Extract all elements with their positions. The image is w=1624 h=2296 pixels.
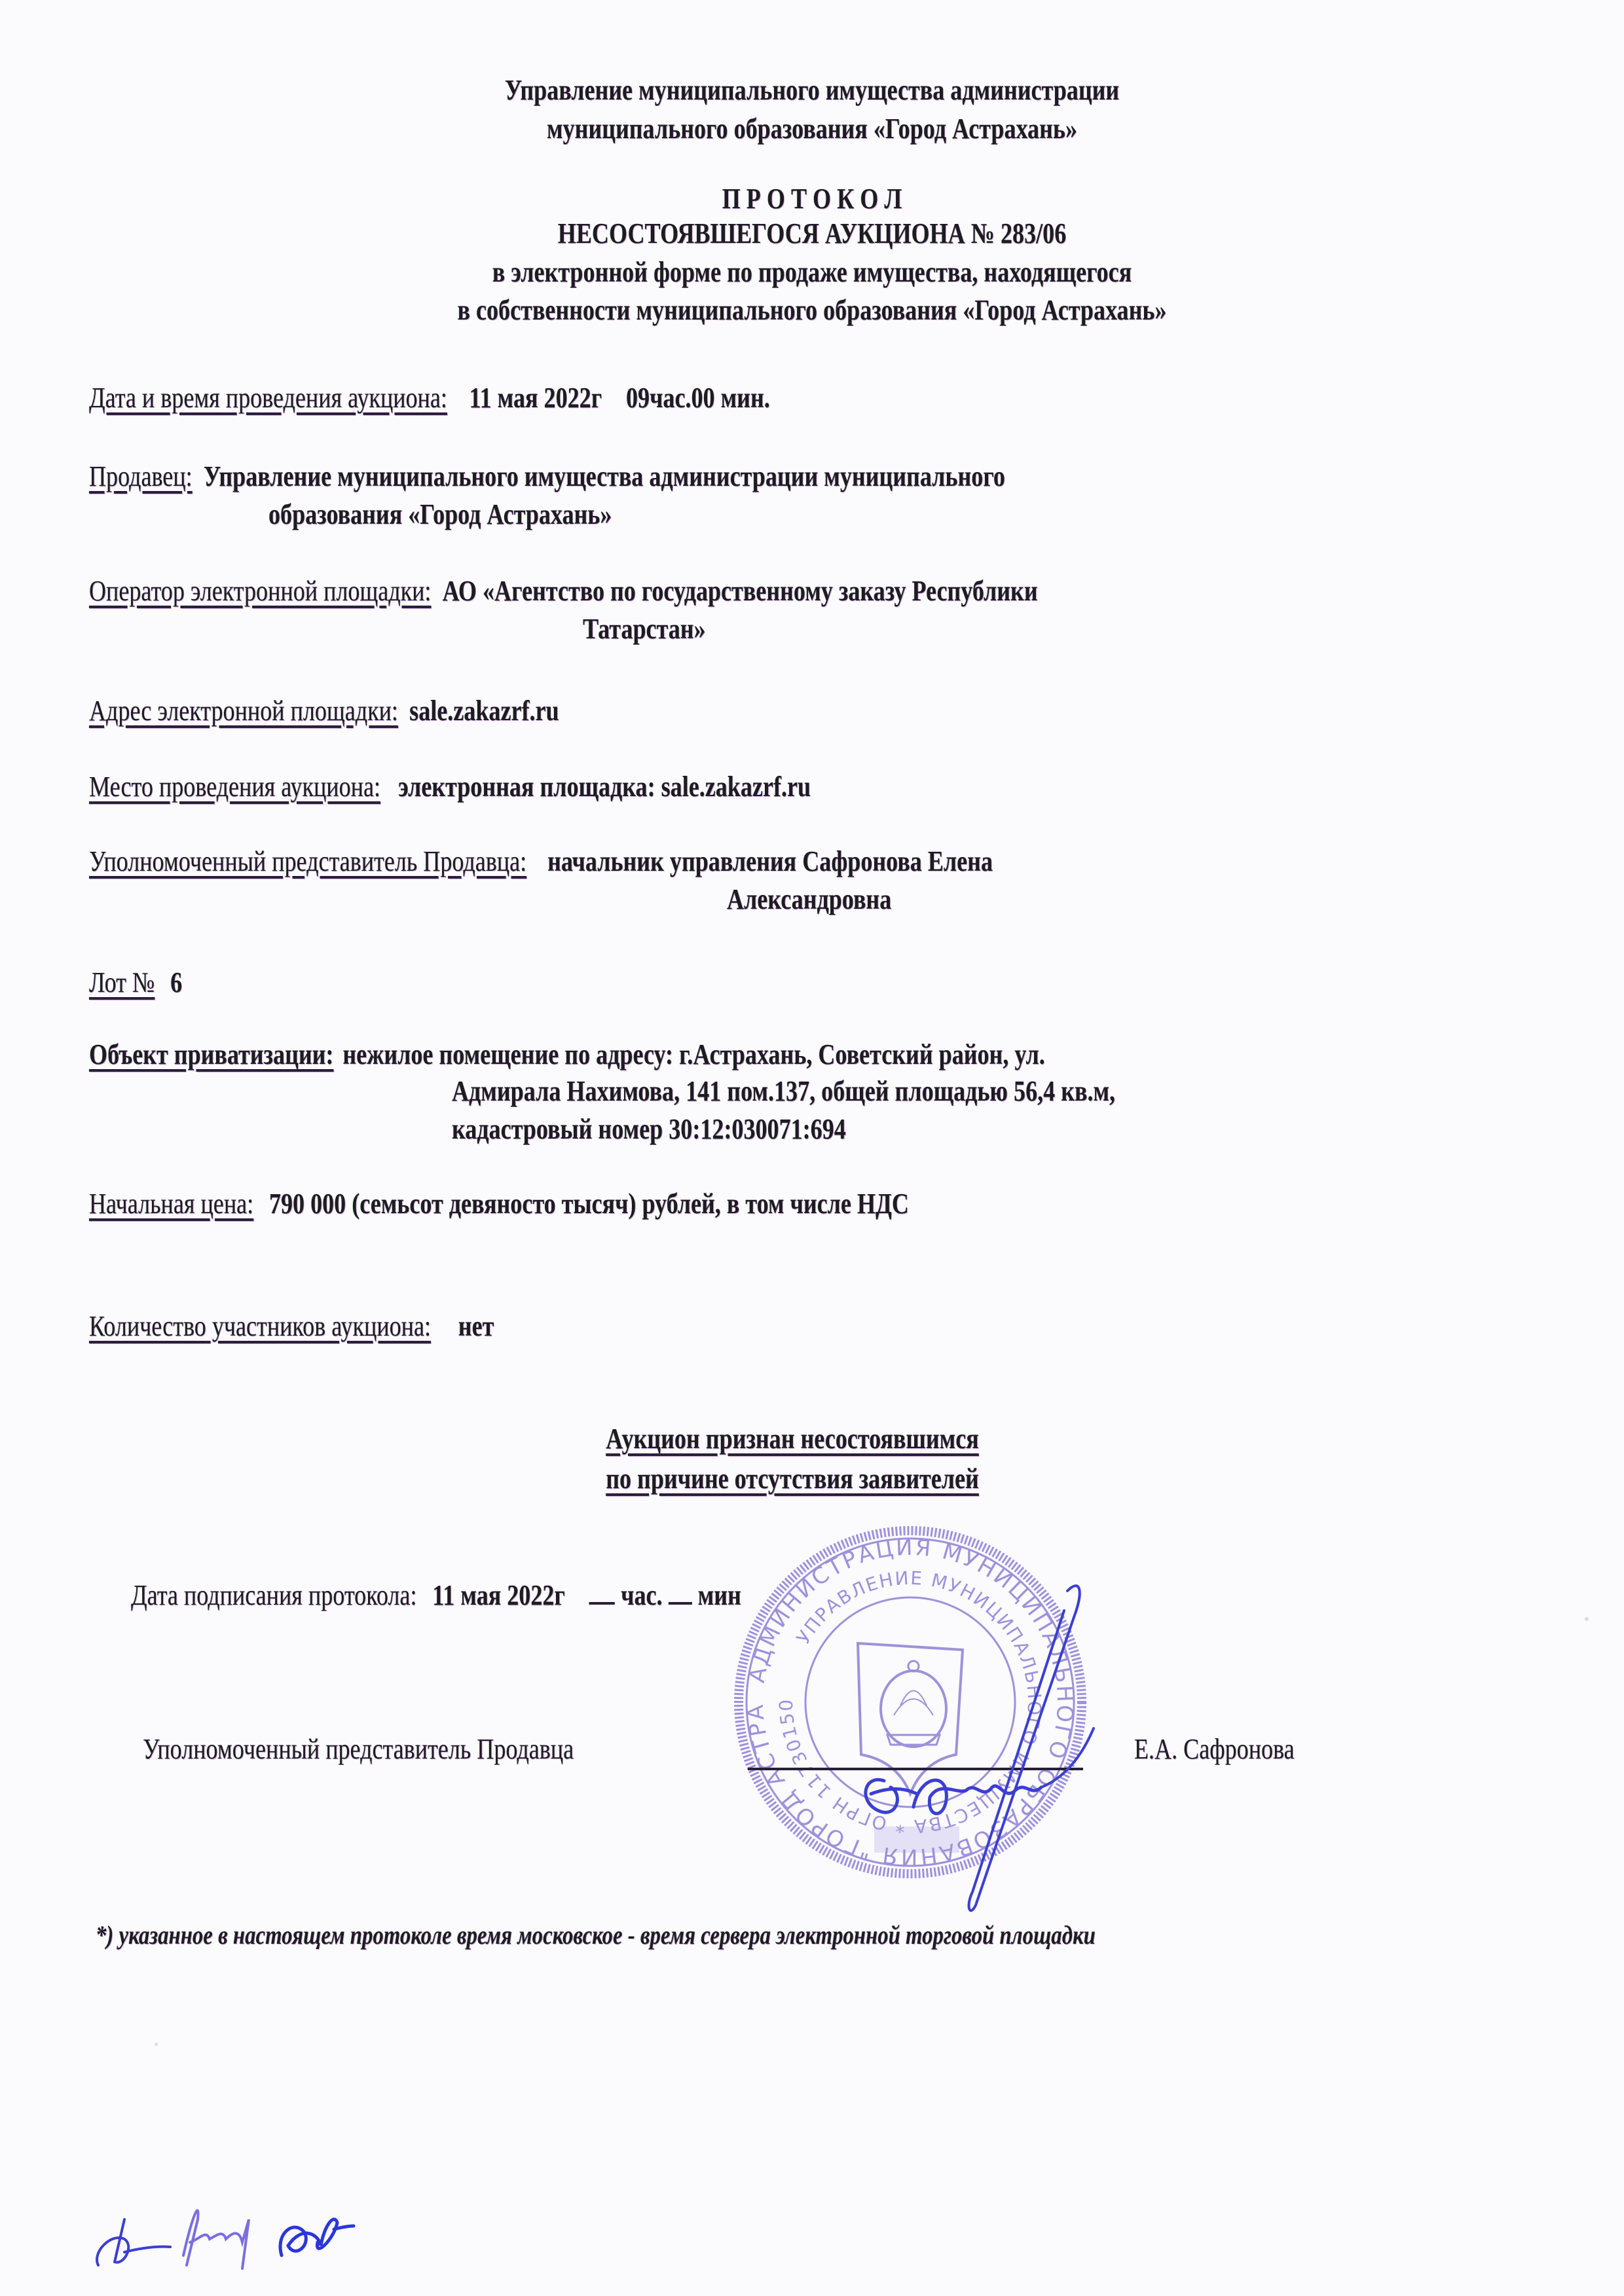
signing-date-value: 11 мая 2022г [432, 1579, 565, 1611]
seller-representative-row: Уполномоченный представитель Продавца: н… [89, 845, 993, 879]
auction-place-value: электронная площадка: sale.zakazrf.ru [398, 771, 811, 803]
auction-datetime-label: Дата и время проведения аукциона: [89, 382, 447, 414]
representative-signature-row: Уполномоченный представитель Продавца [143, 1732, 574, 1766]
seller-representative-value-line1: начальник управления Сафронова Елена [547, 845, 993, 877]
auction-number-title: НЕСОСТОЯВШЕГОСЯ АУКЦИОНА № 283/06 [146, 217, 1478, 251]
paper-speck [1585, 1617, 1589, 1621]
initial-price-label: Начальная цена: [89, 1188, 253, 1220]
footnote-time-note: *) указанное в настоящем протоколе время… [96, 1918, 1096, 1952]
bottom-signatures-icon [85, 2174, 452, 2278]
operator-row: Оператор электронной площадки: АО «Агент… [89, 574, 1038, 608]
org-header-line2: муниципального образования «Город Астрах… [146, 112, 1478, 146]
seller-representative-label: Уполномоченный представитель Продавца: [89, 845, 526, 877]
representative-name: Е.А. Сафронова [1134, 1732, 1295, 1766]
result-line1: Аукцион признан несостоявшимся [126, 1422, 1458, 1456]
operator-label: Оператор электронной площадки: [89, 575, 431, 607]
privatization-object-value-line1: нежилое помещение по адресу: г.Астрахань… [342, 1038, 1044, 1070]
seller-value-line2: образования «Город Астрахань» [268, 498, 612, 532]
org-header-line1: Управление муниципального имущества адми… [146, 73, 1478, 107]
paper-speck [155, 2043, 158, 2046]
privatization-object-label: Объект приватизации: [89, 1038, 333, 1070]
result-line2: по причине отсутствия заявителей [126, 1462, 1458, 1496]
auction-place-label: Место проведения аукциона: [89, 771, 380, 803]
seller-row: Продавец: Управление муниципального имущ… [89, 460, 1005, 494]
initial-price-row: Начальная цена: 790 000 (семьсот девянос… [89, 1187, 909, 1221]
subtitle-line1: в электронной форме по продаже имущества… [146, 255, 1478, 289]
handwritten-signature-icon [805, 1565, 1120, 1931]
lot-value: 6 [170, 966, 182, 998]
subtitle-line2: в собственности муниципального образован… [146, 293, 1478, 327]
platform-address-label: Адрес электронной площадки: [89, 695, 398, 727]
privatization-object-value-line2: Адмирала Нахимова, 141 пом.137, общей пл… [452, 1074, 1115, 1108]
protocol-title: П Р О Т О К О Л [146, 182, 1478, 216]
auction-date-value: 11 мая 2022г [470, 382, 602, 414]
signing-date-row: Дата подписания протокола: 11 мая 2022г … [131, 1578, 741, 1613]
participants-count-row: Количество участников аукциона: нет [89, 1309, 494, 1343]
seller-value-line1: Управление муниципального имущества адми… [204, 460, 1005, 492]
platform-address-row: Адрес электронной площадки: sale.zakazrf… [89, 694, 559, 728]
privatization-object-value-line3: кадастровый номер 30:12:030071:694 [452, 1112, 846, 1146]
seller-representative-value-line2: Александровна [727, 883, 891, 917]
operator-value-line1: АО «Агентство по государственному заказу… [443, 575, 1038, 607]
signing-minute-suffix: мин [698, 1579, 741, 1611]
participants-count-label: Количество участников аукциона: [89, 1310, 431, 1342]
auction-datetime-row: Дата и время проведения аукциона: 11 мая… [89, 381, 770, 415]
participants-count-value: нет [458, 1310, 494, 1342]
seller-label: Продавец: [89, 460, 193, 492]
privatization-object-row: Объект приватизации: нежилое помещение п… [89, 1038, 1045, 1072]
operator-value-line2: Татарстан» [583, 612, 706, 646]
lot-label: Лот № [89, 966, 155, 998]
signing-hour-blank [589, 1602, 615, 1605]
representative-label: Уполномоченный представитель Продавца [143, 1733, 574, 1765]
initial-price-value: 790 000 (семьсот девяносто тысяч) рублей… [269, 1188, 909, 1220]
signing-minute-blank [669, 1602, 692, 1605]
auction-time-value: 09час.00 мин. [626, 382, 770, 414]
lot-row: Лот № 6 [89, 966, 182, 1000]
auction-place-row: Место проведения аукциона: электронная п… [89, 770, 811, 804]
signing-date-label: Дата подписания протокола: [131, 1579, 416, 1611]
signing-hour-suffix: час. [621, 1579, 662, 1611]
platform-address-value: sale.zakazrf.ru [409, 695, 559, 727]
